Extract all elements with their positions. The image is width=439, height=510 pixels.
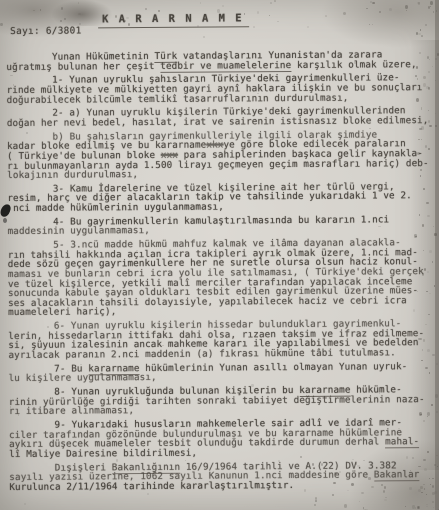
paragraph: 9- Yukarıdaki hususların mahkemelerle sa… — [9, 418, 439, 459]
paragraph: 5- 3.ncü madde hükmü mahfuz kalmak ve il… — [8, 238, 439, 318]
document-line: muameleleri hariç), — [8, 305, 438, 318]
ink-blot-small — [3, 218, 7, 223]
paragraph: 4- Bu gayrimenkullerin kamulaştırılmasın… — [7, 215, 437, 237]
text-segment: lu kişilere uygulanmaması, — [9, 372, 157, 384]
document-line: maddesinin uygulanmaması, — [8, 224, 438, 237]
paragraph: 2- a) Yunan uyruklu kişilerin Türkiye'de… — [7, 106, 437, 128]
decree-document: K A R A R N A M E Sayı: 6/3801 Yunan Hük… — [6, 5, 439, 492]
scanned-document-page: K A R A R N A M E Sayı: 6/3801 Yunan Hük… — [0, 0, 439, 510]
paragraph: Dışişleri Bakanlığının 16/9/1964 tarihli… — [9, 461, 439, 493]
document-line: ayrılacak paranın 2.nci maddenin (a) fık… — [8, 348, 438, 361]
paragraph: 1- Yunan uyruklu şahısların Türkiye'deki… — [6, 73, 436, 105]
text-segment: karşılık olmak üzere, — [291, 59, 416, 71]
underlined-text: tedbir ve muamelelerine — [160, 60, 291, 73]
paragraph: Yunan Hükümetinin Türk vatandaşlarını Yu… — [6, 50, 436, 72]
text-segment: muameleleri hariç), — [8, 307, 116, 319]
paragraph: 3- Kamu İdarelerine ve tüzel kişilerine … — [7, 182, 437, 214]
document-line: doğan her nevi bedel, hasılat, irat ve s… — [7, 116, 437, 129]
document-body: Yunan Hükümetinin Türk vatandaşlarını Yu… — [6, 50, 439, 492]
paragraph: 8- Yunan uyrukluğunda bulunan kişilerin … — [9, 385, 439, 417]
text-segment: uğratmış bulunan her çeşit — [6, 61, 160, 73]
text-segment: rı itibare alınmaması, — [9, 405, 134, 417]
title-row: K A R A R N A M E — [98, 5, 436, 21]
text-segment: ayrılacak paranın 2.nci maddenin (a) fık… — [8, 347, 395, 361]
paragraph: b) Bu şahısların gayrimenkulleriyle ilgi… — [7, 130, 437, 181]
text-segment: lokajının durdurulması, — [7, 169, 138, 181]
text-segment: lî Maliye Dairesine bildirilmesi, — [9, 448, 197, 460]
document-line: doğurabilecek bilcümle temlikî tasarrufl… — [7, 93, 437, 106]
document-title: K A R A R N A M E — [98, 12, 250, 28]
text-segment: maddesinin uygulanmaması, — [8, 225, 151, 237]
text-segment: doğurabilecek bilcümle temlikî tasarrufl… — [7, 92, 349, 105]
document-line: lu kişilere uygulanmaması, — [9, 371, 439, 384]
underlined-text: Bakanlar — [374, 469, 420, 481]
document-line: rı itibare alınmaması, — [9, 404, 439, 417]
document-line: uğratmış bulunan her çeşit tedbir ve mua… — [6, 60, 436, 73]
text-segment: doğan her nevi bedel, hasılat, irat ve s… — [7, 115, 429, 129]
document-line: lokajının durdurulması, — [7, 168, 437, 181]
paragraph: 7- Bu kararname hükümlerinin Yunan asıll… — [8, 362, 438, 384]
paragraph: 6- Yunan uyruklu kişilerin hissedar bulu… — [8, 319, 438, 360]
document-line: lî Maliye Dairesine bildirilmesi, — [9, 447, 439, 460]
document-line: sayılı yazısı üzerine, 1062 sayılı Kanun… — [9, 470, 439, 483]
